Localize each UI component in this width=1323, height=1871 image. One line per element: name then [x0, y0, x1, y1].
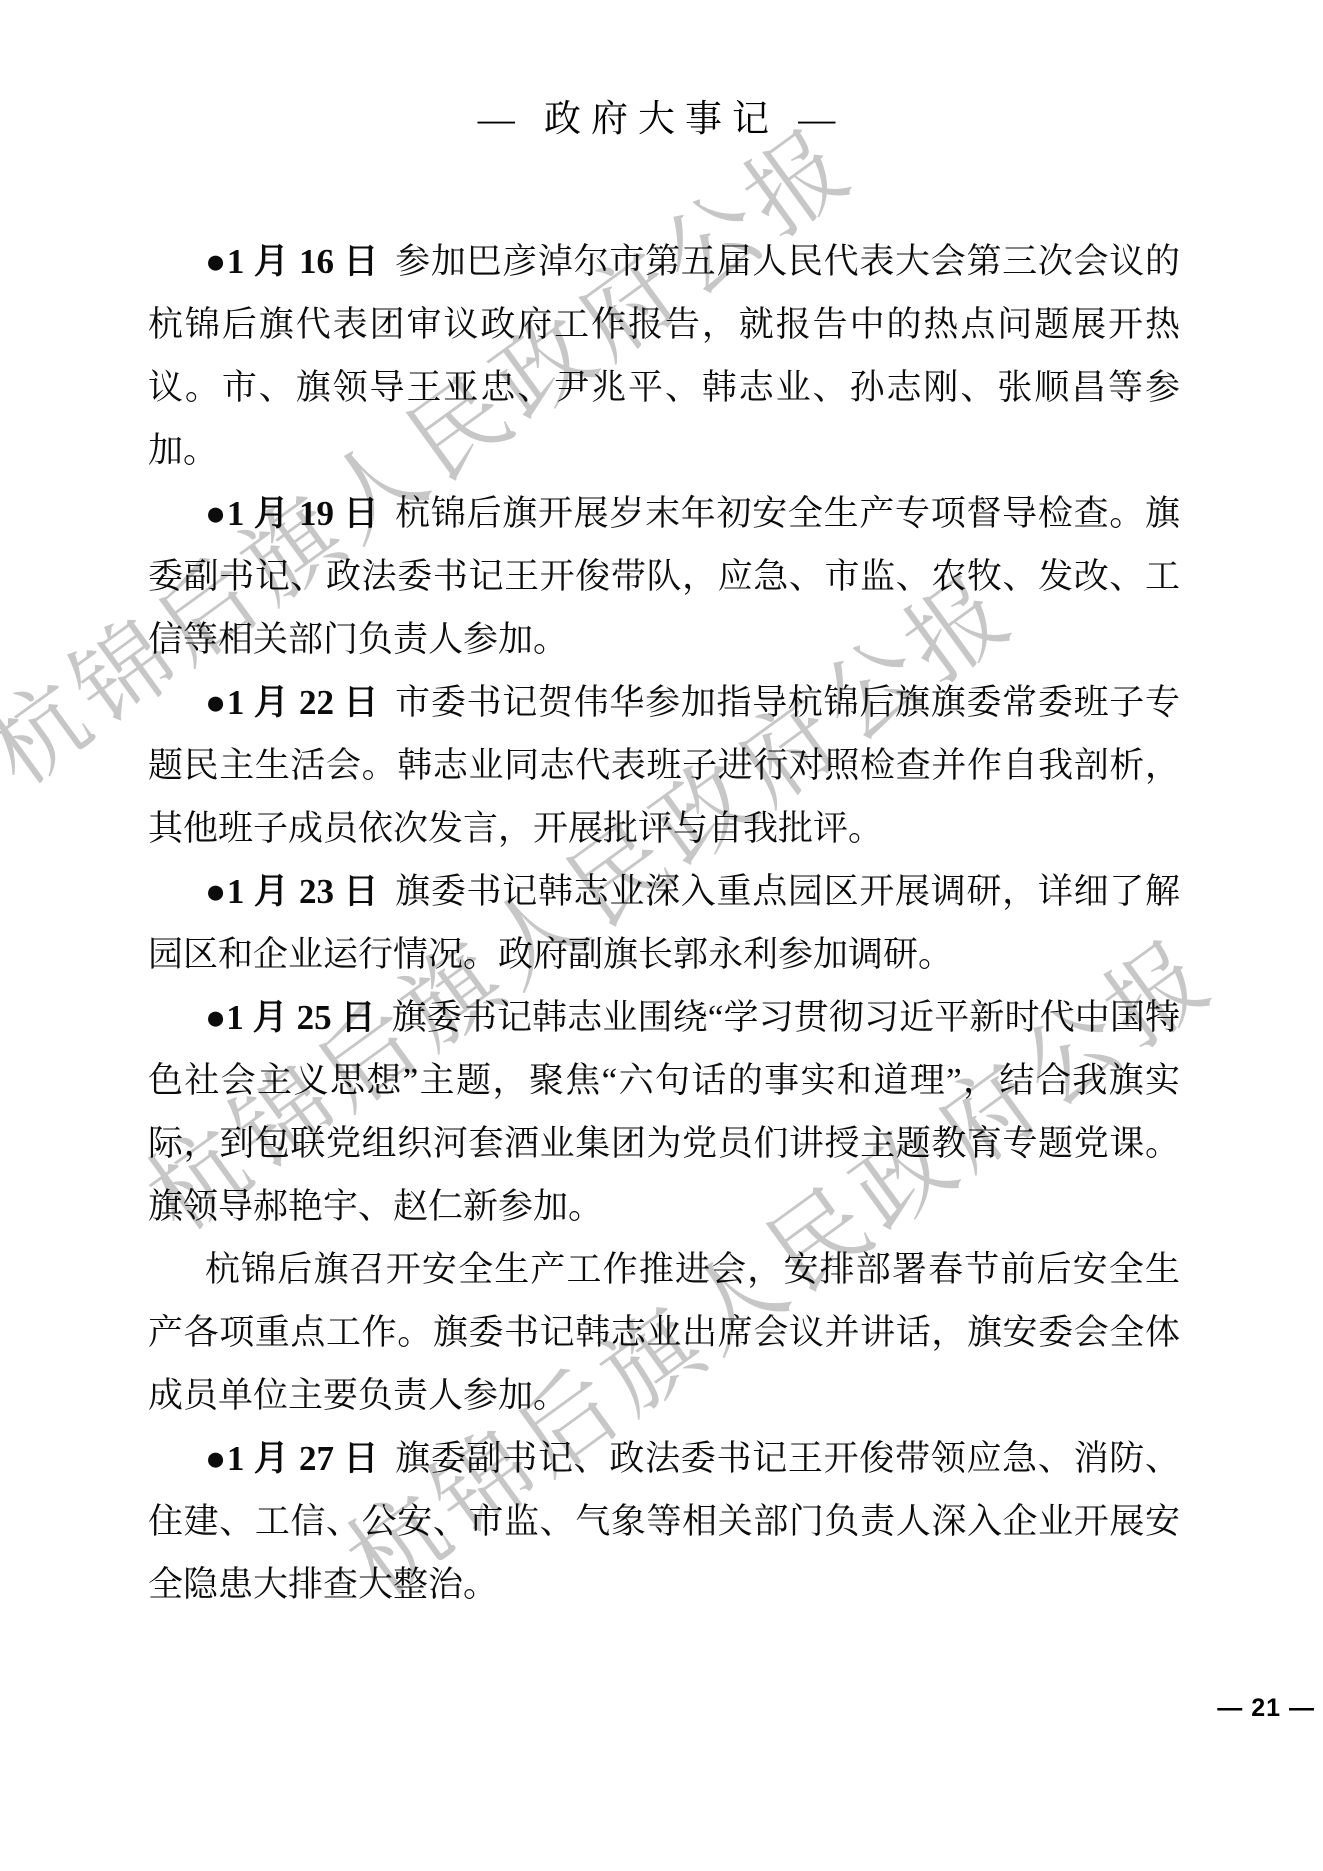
- entry-date: ●1 月 22 日: [205, 683, 379, 722]
- event-entry-jan22: ●1 月 22 日市委书记贺伟华参加指导杭锦后旗旗委常委班子专题民主生活会。韩志…: [148, 671, 1180, 860]
- entry-date: ●1 月 27 日: [205, 1439, 379, 1478]
- entry-date: ●1 月 25 日: [205, 998, 376, 1037]
- entry-date: ●1 月 23 日: [205, 872, 379, 911]
- event-entry-jan16: ●1 月 16 日参加巴彦淖尔市第五届人民代表大会第三次会议的杭锦后旗代表团审议…: [148, 230, 1180, 482]
- page-number: — 21 —: [1217, 1694, 1315, 1723]
- event-entry-jan25: ●1 月 25 日旗委书记韩志业围绕“学习贯彻习近平新时代中国特色社会主义思想”…: [148, 986, 1180, 1238]
- event-entry-jan23: ●1 月 23 日旗委书记韩志业深入重点园区开展调研，详细了解园区和企业运行情况…: [148, 860, 1180, 986]
- entry-date: ●1 月 19 日: [205, 494, 379, 533]
- event-entry-safety-meeting: 杭锦后旗召开安全生产工作推进会，安排部署春节前后安全生产各项重点工作。旗委书记韩…: [148, 1238, 1180, 1427]
- entry-text: 杭锦后旗召开安全生产工作推进会，安排部署春节前后安全生产各项重点工作。旗委书记韩…: [148, 1250, 1180, 1415]
- page-title: — 政府大事记 —: [0, 88, 1323, 142]
- document-page: 杭锦后旗人民政府公报 杭锦后旗人民政府公报 杭锦后旗人民政府公报 — 政府大事记…: [0, 0, 1323, 1871]
- content-area: ●1 月 16 日参加巴彦淖尔市第五届人民代表大会第三次会议的杭锦后旗代表团审议…: [148, 230, 1180, 1616]
- event-entry-jan27: ●1 月 27 日旗委副书记、政法委书记王开俊带领应急、消防、住建、工信、公安、…: [148, 1427, 1180, 1616]
- entry-date: ●1 月 16 日: [205, 242, 379, 281]
- event-entry-jan19: ●1 月 19 日杭锦后旗开展岁末年初安全生产专项督导检查。旗委副书记、政法委书…: [148, 482, 1180, 671]
